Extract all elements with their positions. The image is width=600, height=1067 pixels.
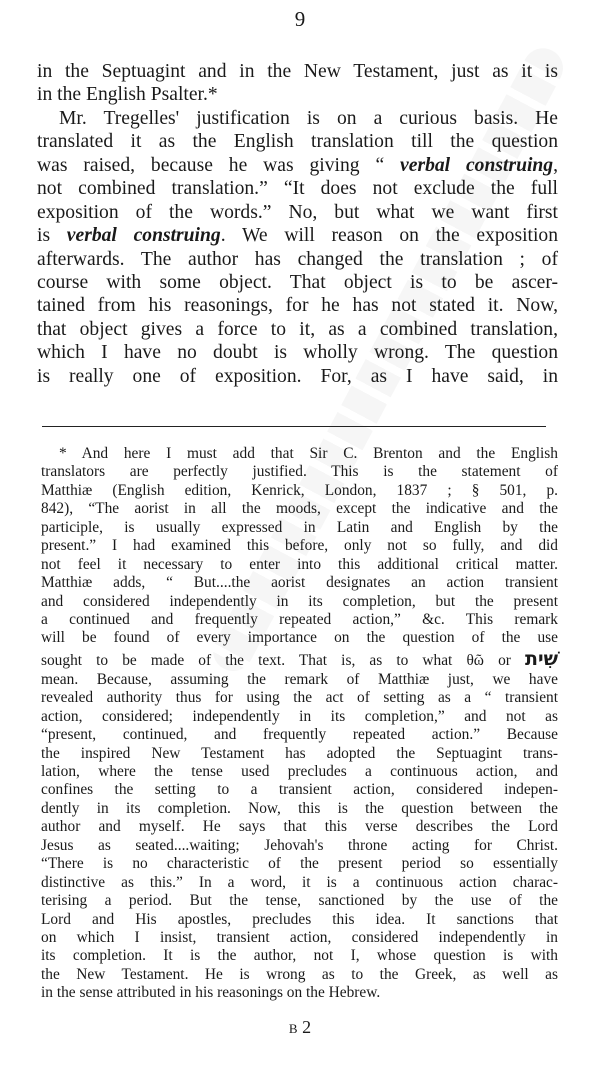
- footnote-line: dently in its completion. Now, this is t…: [41, 800, 558, 818]
- footnote-line: lation, where the tense used precludes a…: [41, 763, 558, 781]
- footnote-line: not feel it necessary to enter into this…: [41, 556, 558, 574]
- footnote-line: action, considered; independently in its…: [41, 708, 558, 726]
- text-segment: . We will reason on the exposition: [221, 225, 558, 246]
- text-line: course with some object. That object is …: [37, 271, 558, 294]
- footnote-line: will be found of every importance on the…: [41, 629, 558, 647]
- footnote-line: 842), “The aorist in all the moods, exce…: [41, 500, 558, 518]
- page-number: 9: [0, 6, 600, 32]
- footnote-line: Jesus as seated....waiting; Jehovah's th…: [41, 837, 558, 855]
- italic-phrase: verbal construing: [400, 155, 553, 176]
- footnote-line: mean. Because, assuming the remark of Ma…: [41, 671, 558, 689]
- footnote-line: Matthiæ (English edition, Kenrick, Londo…: [41, 482, 558, 500]
- footnote-line: in the sense attributed in his reasoning…: [41, 984, 558, 1002]
- text-line: that object gives a force to it, as a co…: [37, 318, 558, 341]
- signature-mark: B 2: [0, 1016, 600, 1040]
- footnote-line: author and myself. He says that this ver…: [41, 818, 558, 836]
- text-segment: or: [498, 652, 511, 669]
- footnote-line: Matthiæ adds, “ But....the aorist design…: [41, 574, 558, 592]
- footnote-line: “present, continued, and frequently repe…: [41, 726, 558, 744]
- text-line: was raised, because he was giving “ verb…: [37, 154, 558, 177]
- footnote-line: the New Testament. He is wrong as to the…: [41, 966, 558, 984]
- text-segment: was raised, because he was giving “: [37, 155, 400, 176]
- footnote: * And here I must add that Sir C. Brento…: [41, 445, 558, 1003]
- footnote-line: its completion. It is the author, not I,…: [41, 947, 558, 965]
- footnote-line: revealed authority thus for using the ac…: [41, 689, 558, 707]
- italic-phrase: verbal construing: [67, 225, 221, 246]
- text-line: Mr. Tregelles' justification is on a cur…: [37, 107, 558, 130]
- greek-word: θῶ: [466, 652, 484, 669]
- footnote-divider: [42, 426, 546, 427]
- text-line: not combined translation.” “It does not …: [37, 177, 558, 200]
- footnote-line: translators are perfectly justified. Thi…: [41, 463, 558, 481]
- footnote-line: Lord and His apostles, precludes this id…: [41, 911, 558, 929]
- footnote-line: sought to be made of the text. That is, …: [41, 648, 558, 671]
- text-line: exposition of the words.” No, but what w…: [37, 201, 558, 224]
- text-segment: ,: [553, 155, 558, 176]
- text-line: is verbal construing. We will reason on …: [37, 224, 558, 247]
- footnote-line: a continued and frequently repeated acti…: [41, 611, 558, 629]
- text-line: in the Septuagint and in the New Testame…: [37, 60, 558, 83]
- footnote-line: * And here I must add that Sir C. Brento…: [41, 445, 558, 463]
- text-line: in the English Psalter.*: [37, 83, 558, 106]
- main-text: in the Septuagint and in the New Testame…: [37, 60, 558, 388]
- footnote-line: participle, is usually expressed in Lati…: [41, 519, 558, 537]
- hebrew-word: שִׁית: [525, 648, 558, 670]
- footnote-line: “There is no characteristic of the prese…: [41, 855, 558, 873]
- footnote-line: and considered independently in its comp…: [41, 593, 558, 611]
- text-line: which I have no doubt is wholly wrong. T…: [37, 341, 558, 364]
- text-line: tained from his reasonings, for he has n…: [37, 294, 558, 317]
- text-segment: is: [37, 225, 67, 246]
- footnote-line: the inspired New Testament has adopted t…: [41, 745, 558, 763]
- text-line: translated it as the English translation…: [37, 130, 558, 153]
- footnote-line: on which I insist, transient action, con…: [41, 929, 558, 947]
- signature-number: 2: [302, 1017, 311, 1037]
- footnote-line: terising a period. But the tense, sancti…: [41, 892, 558, 910]
- footnote-line: confines the setting to a transient acti…: [41, 781, 558, 799]
- text-line: afterwards. The author has changed the t…: [37, 248, 558, 271]
- text-segment: sought to be made of the text. That is, …: [41, 652, 452, 669]
- footnote-line: present.” I had examined this before, on…: [41, 537, 558, 555]
- footnote-line: distinctive as this.” In a word, it is a…: [41, 874, 558, 892]
- signature-letter: B: [289, 1021, 298, 1036]
- text-line: is really one of exposition. For, as I h…: [37, 365, 558, 388]
